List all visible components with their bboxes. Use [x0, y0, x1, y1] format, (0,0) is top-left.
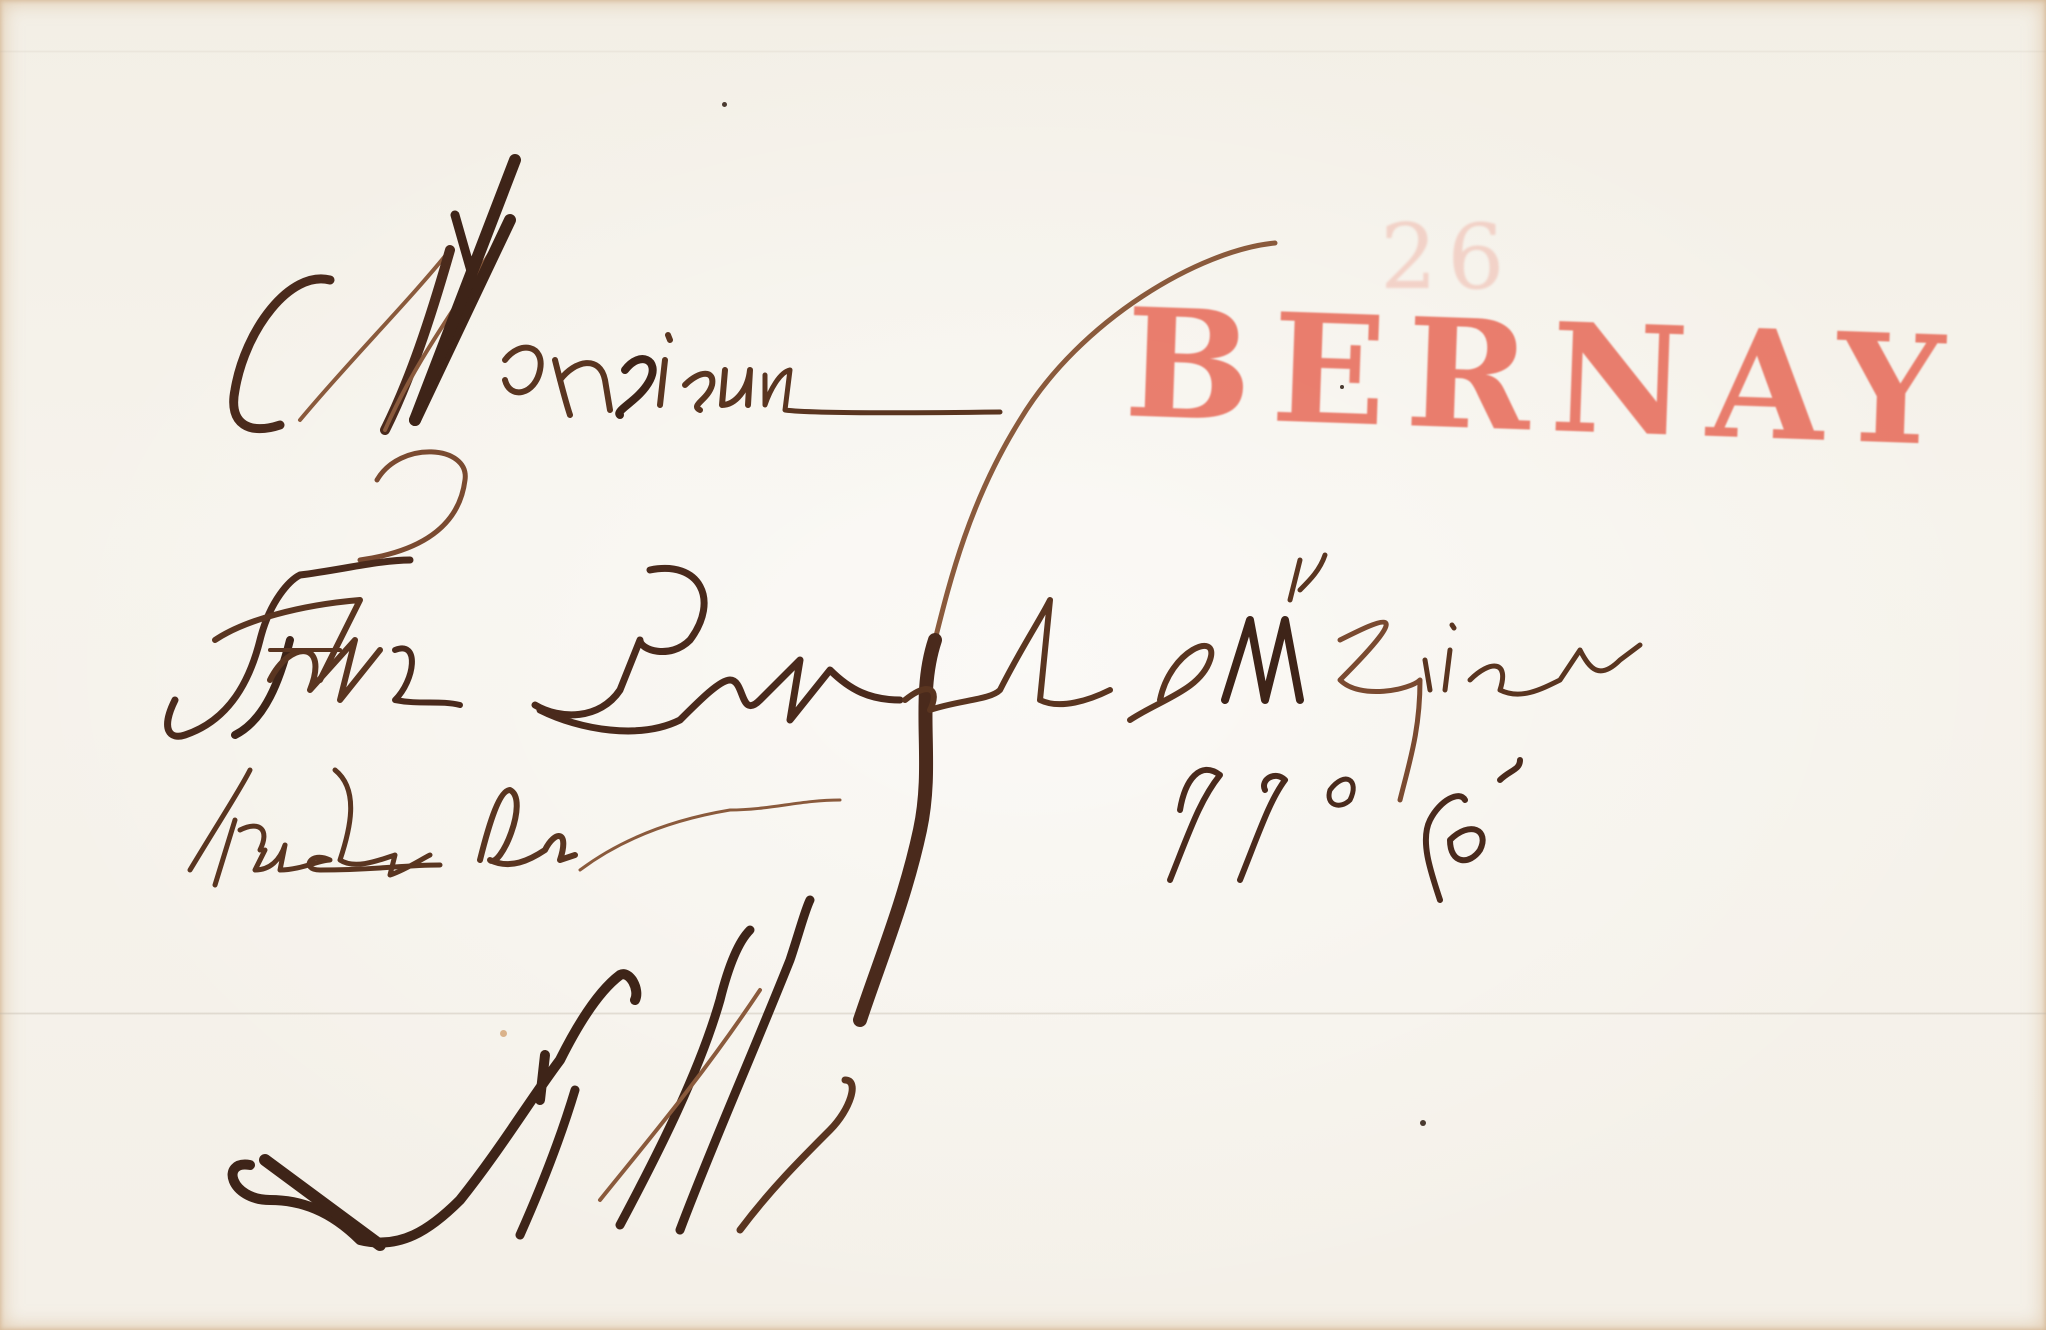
handwriting-street: [190, 760, 1520, 900]
handwriting-city: [233, 900, 853, 1245]
ink-speck: [1420, 1120, 1426, 1126]
ink-speck: [722, 102, 727, 107]
handwriting-layer: [0, 0, 2046, 1330]
charge-mark-5: [860, 243, 1275, 1020]
handwriting-recipient: [168, 555, 1640, 800]
foxing-spot: [500, 1030, 507, 1037]
handwriting-salutation: [234, 160, 1000, 430]
flourish-stroke: [360, 452, 465, 560]
ink-speck: [1340, 385, 1344, 389]
